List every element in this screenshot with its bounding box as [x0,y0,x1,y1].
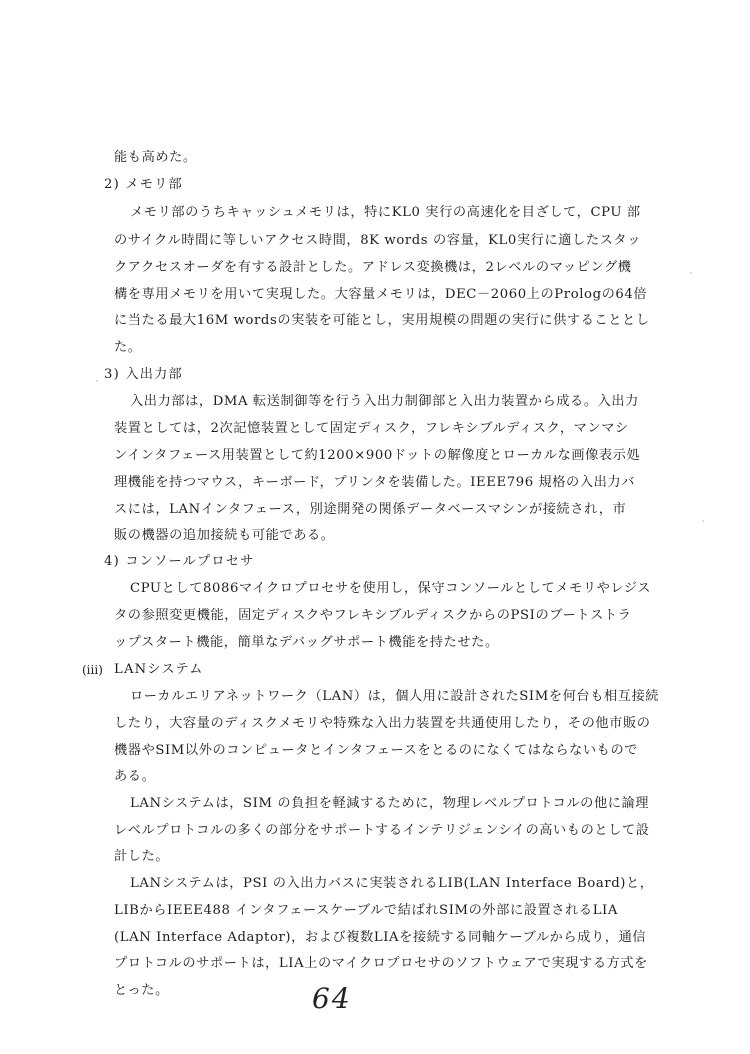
text-line: ある。 [114,768,155,786]
text-line: のサイクル時間に等しいアクセス時間，8K words の容量，KL0実行に適した… [114,232,641,250]
text-line: (LAN Interface Adaptor)，および複数LIAを接続する同軸ケ… [114,929,646,947]
text-line: ンインタフェース用装置として約1200×900ドットの解像度とローカルな画像表示… [114,447,640,465]
text-line: 能も高めた。 [114,149,197,167]
text-line: 販の機器の追加接続も可能である。 [114,527,335,545]
text-line: に当たる最大16M wordsの実装を可能とし，実用規模の問題の実行に供すること… [114,312,650,330]
text-line: とった。 [114,982,169,1000]
section-heading-console: 4) コンソールプロセサ [104,553,255,571]
text-line: レベルプロトコルの多くの部分をサポートするインテリジェンシイの高いものとして設 [114,822,650,840]
text-line: タの参照変更機能，固定ディスクやフレキシブルディスクからのPSIのブートストラ [114,607,631,625]
text-line: LANシステムは，PSI の入出力バスに実装されるLIB(LAN Interfa… [130,875,654,893]
section-heading-io: 3) 入出力部 [104,366,183,384]
text-line: ップスタート機能，簡単なデバッグサポート機能を持たせた。 [114,634,499,652]
section-heading-lan: LANシステム [114,661,204,679]
scan-speck [702,520,704,522]
text-line: 計した。 [114,848,169,866]
text-line: スには，LANインタフェース，別途開発の関係データベースマシンが接続され，市 [114,501,626,519]
scan-speck [690,272,692,274]
text-line: ローカルエリアネットワーク（LAN）は，個人用に設計されたSIMを何台も相互接続 [130,688,659,706]
text-line: プロトコルのサポートは，LIA上のマイクロプロセサのソフトウェアで実現する方式を [114,955,648,973]
section-marker-iii: (iii) [82,661,103,679]
text-line: 装置としては，2次記憶装置として固定ディスク，フレキシブルディスク，マンマシ [114,420,629,438]
text-line: LANシステムは，SIM の負担を軽減するために，物理レベルプロトコルの他に論理 [130,795,649,813]
scan-speck [96,380,98,382]
text-line: クアクセスオーダを有する設計とした。アドレス変換機は，2レベルのマッピング機 [114,259,632,277]
text-line: 機器やSIM以外のコンピュータとインタフェースをとるのになくてはならないもので [114,742,638,760]
document-page: 能も高めた。 2) メモリ部 メモリ部のうちキャッシュメモリは，特にKL0 実行… [0,0,750,1054]
text-line: 理機能を持つマウス，キーボード，プリンタを装備した。IEEE796 規格の入出力… [114,474,635,492]
text-line: 構を専用メモリを用いて実現した。大容量メモリは，DEC－2060上のProlog… [114,286,647,304]
text-line: CPUとして8086マイクロプロセサを使用し，保守コンソールとしてメモリやレジス [130,580,651,598]
text-line: したり，大容量のディスクメモリや特殊な入出力装置を共通使用したり，その他市販の [114,715,651,733]
text-line: た。 [114,339,142,357]
page-number: 64 [312,982,352,1015]
section-heading-memory: 2) メモリ部 [104,176,183,194]
text-line: メモリ部のうちキャッシュメモリは，特にKL0 実行の高速化を目ざして，CPU 部 [130,204,641,222]
text-line: 入出力部は，DMA 転送制御等を行う入出力制御部と入出力装置から成る。入出力 [130,393,639,411]
text-line: LIBからIEEE488 インタフェースケーブルで結ばれSIMの外部に設置される… [114,902,618,920]
